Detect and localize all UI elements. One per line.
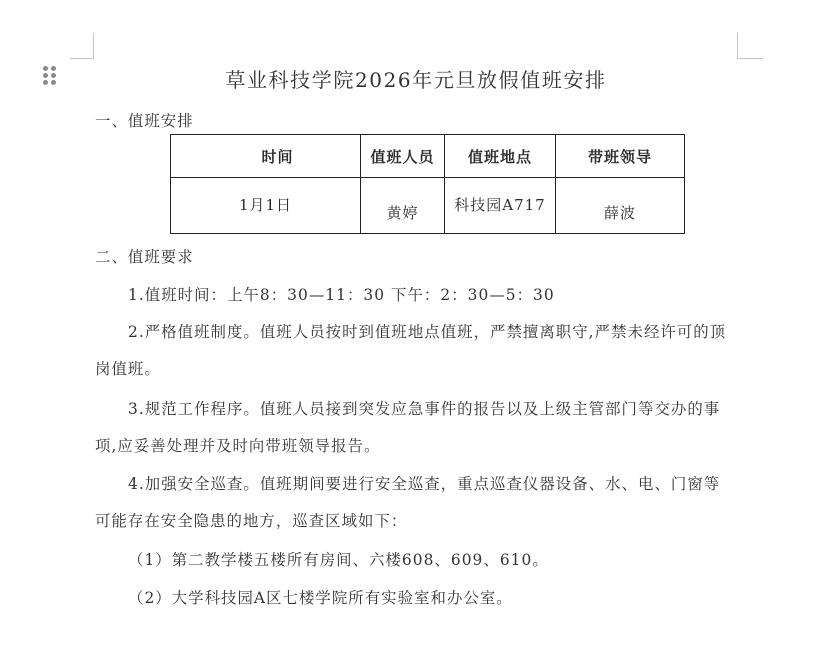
header-duty-location: 值班地点 <box>445 135 556 178</box>
table-row: 1月1日 黄婷 科技园A717 薛波 <box>171 178 685 234</box>
header-time: 时间 <box>171 135 361 178</box>
header-leader: 带班领导 <box>556 135 685 178</box>
duty-schedule-table: 时间 值班人员 值班地点 带班领导 1月1日 黄婷 科技园A717 薛波 <box>170 134 685 234</box>
cell-date: 1月1日 <box>171 178 361 234</box>
header-duty-staff: 值班人员 <box>361 135 445 178</box>
document-title: 草业科技学院2026年元旦放假值班安排 <box>0 66 824 94</box>
requirement-line-4: 4.加强安全巡查。值班期间要进行安全巡查，重点巡查仪器设备、水、电、门窗等 <box>128 473 720 495</box>
patrol-area-2: （2）大学科技园A区七楼学院所有实验室和办公室。 <box>128 587 513 609</box>
requirement-line-2: 2.严格值班制度。值班人员按时到值班地点值班，严禁擅离职守,严禁未经许可的顶 <box>128 321 726 343</box>
requirement-line-3: 3.规范工作程序。值班人员接到突发应急事件的报告以及上级主管部门等交办的事 <box>128 398 720 420</box>
page-margin-corner-top-left <box>70 33 94 59</box>
cell-staff: 黄婷 <box>361 178 445 234</box>
patrol-area-1: （1）第二教学楼五楼所有房间、六楼608、609、610。 <box>128 549 549 571</box>
section-heading-requirements: 二、值班要求 <box>95 246 194 268</box>
section-heading-schedule: 一、值班安排 <box>95 110 194 132</box>
requirement-line-4-cont: 可能存在安全隐患的地方，巡查区域如下： <box>95 510 407 532</box>
requirement-line-1: 1.值班时间：上午8：30—11：30 下午：2：30—5：30 <box>128 284 555 306</box>
cell-leader: 薛波 <box>556 178 685 234</box>
table-header-row: 时间 值班人员 值班地点 带班领导 <box>171 135 685 178</box>
requirement-line-2-cont: 岗值班。 <box>95 358 161 380</box>
page-margin-corner-top-right <box>737 33 763 59</box>
cell-location: 科技园A717 <box>445 178 556 234</box>
requirement-line-3-cont: 项,应妥善处理并及时向带班领导报告。 <box>95 435 380 457</box>
